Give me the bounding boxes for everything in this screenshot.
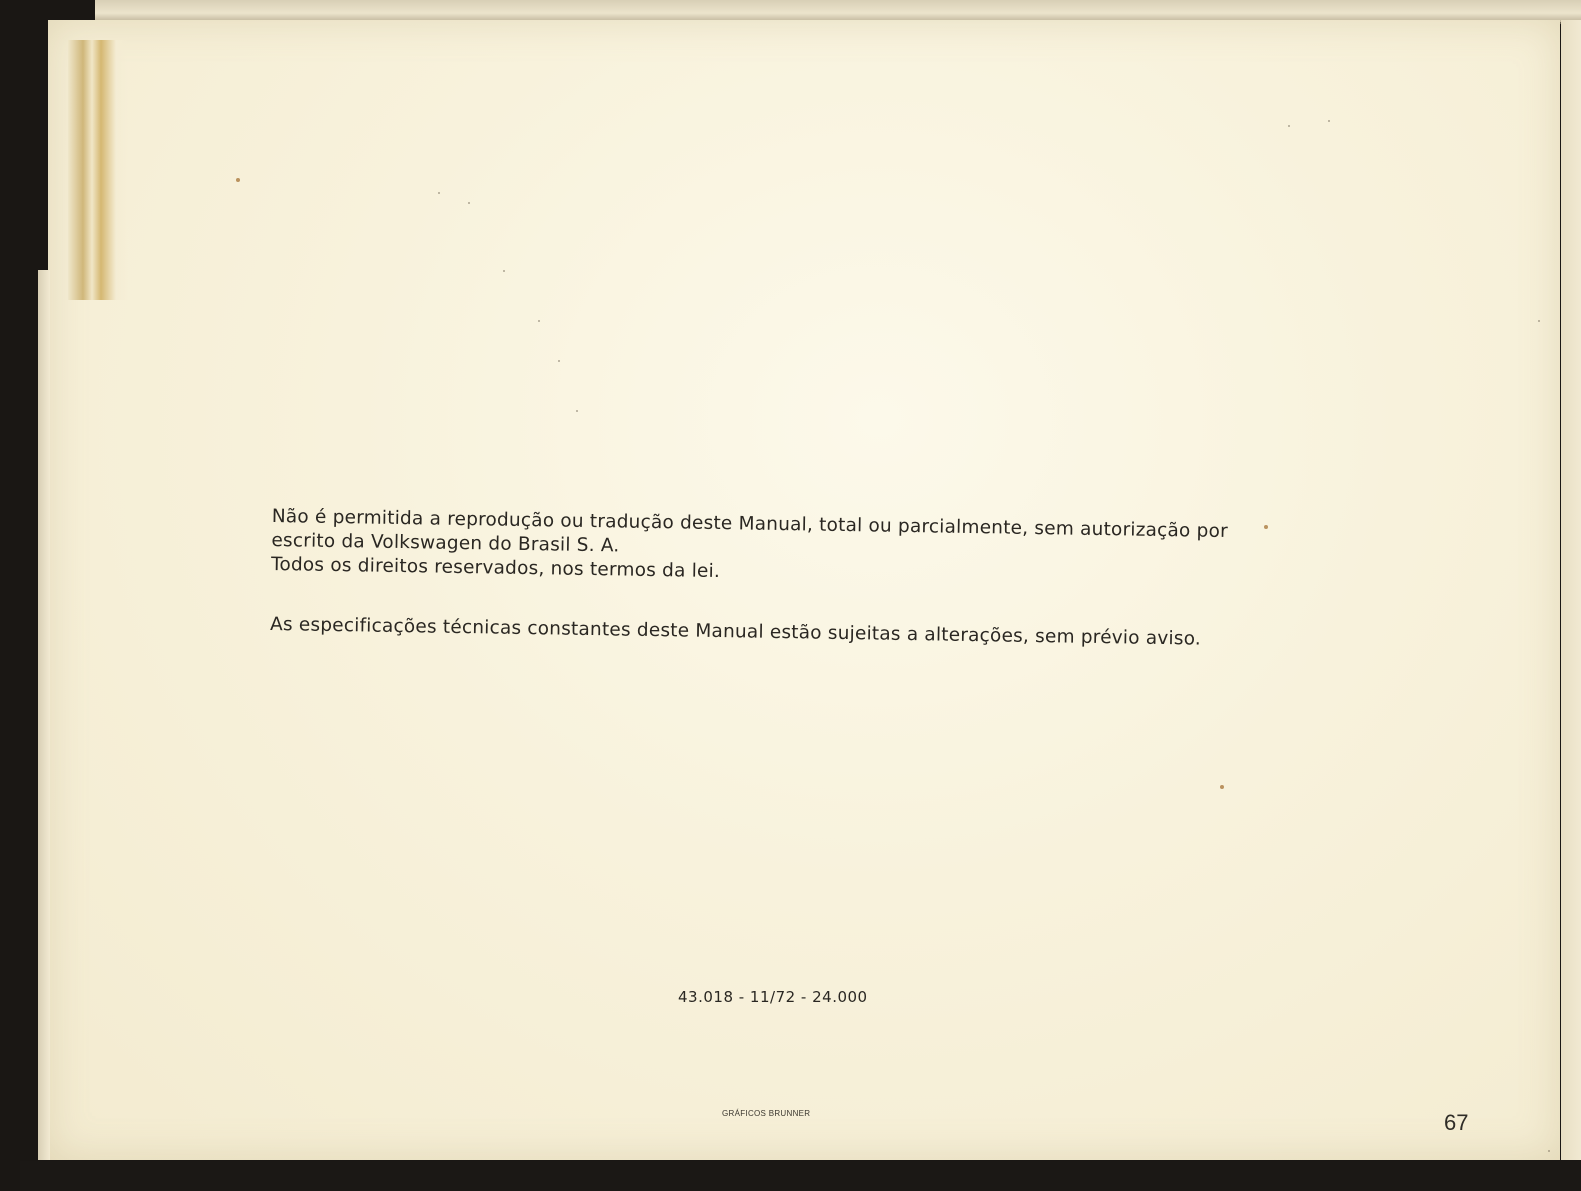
legal-notice: Não é permitida a reprodução ou tradução… <box>270 505 1312 653</box>
paper-speck <box>1548 1150 1550 1152</box>
print-code: 43.018 - 11/72 - 24.000 <box>678 988 868 1006</box>
paper-speck <box>468 202 470 204</box>
page-number: 67 <box>1444 1110 1468 1136</box>
paper-stain <box>236 178 240 182</box>
adjacent-page-edge-right <box>1561 20 1581 1160</box>
page-fold-shadow <box>68 40 128 300</box>
paper-stain <box>1220 785 1224 789</box>
paper-speck <box>1538 320 1540 322</box>
scan-background-bottom <box>20 1161 1581 1191</box>
paper-speck <box>1328 120 1330 122</box>
paper-speck <box>438 192 440 194</box>
paper-speck <box>538 320 540 322</box>
page-edge-left <box>38 270 50 1160</box>
paper-speck <box>558 360 560 362</box>
printer-credit: GRÁFICOS BRUNNER <box>722 1109 810 1118</box>
paper-speck <box>503 270 505 272</box>
paper-speck <box>1288 125 1290 127</box>
paper-speck <box>576 410 578 412</box>
